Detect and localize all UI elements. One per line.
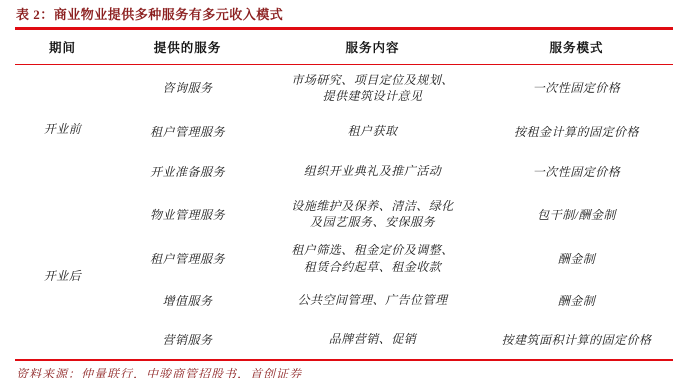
content-cell: 市场研究、项目定位及规划、 提供建筑设计意见 [265,65,480,111]
content-cell: 租户筛选、租金定价及调整、 租赁合约起草、租金收款 [265,237,480,281]
table-row: 开业后 物业管理服务 设施维护及保养、清洁、绿化 及园艺服务、安保服务 包干制/… [15,192,673,237]
content-cell: 公共空间管理、广告位管理 [265,281,480,321]
table-header: 期间 提供的服务 服务内容 服务模式 [15,30,673,65]
report-table-page: 表 2：商业物业提供多种服务有多元收入模式 期间 提供的服务 服务内容 服务模式… [15,0,673,378]
table-title: 表 2：商业物业提供多种服务有多元收入模式 [15,0,673,30]
mode-cell: 包干制/酬金制 [480,192,673,237]
service-cell: 咨询服务 [110,65,265,111]
service-cell: 租户管理服务 [110,111,265,152]
mode-cell: 酬金制 [480,237,673,281]
source-note: 资料来源：仲量联行，中骏商管招股书，首创证券 [15,365,673,378]
content-cell: 组织开业典礼及推广活动 [265,152,480,192]
service-cell: 物业管理服务 [110,192,265,237]
content-cell: 设施维护及保养、清洁、绿化 及园艺服务、安保服务 [265,192,480,237]
mode-cell: 按建筑面积计算的固定价格 [480,321,673,360]
period-cell-post-opening: 开业后 [15,192,110,360]
col-header-period: 期间 [15,30,110,65]
services-income-table: 期间 提供的服务 服务内容 服务模式 开业前 咨询服务 市场研究、项目定位及规划… [15,30,673,361]
service-cell: 营销服务 [110,321,265,360]
col-header-service: 提供的服务 [110,30,265,65]
col-header-mode: 服务模式 [480,30,673,65]
content-cell: 租户获取 [265,111,480,152]
table-row: 租户管理服务 租户筛选、租金定价及调整、 租赁合约起草、租金收款 酬金制 [15,237,673,281]
table-body: 开业前 咨询服务 市场研究、项目定位及规划、 提供建筑设计意见 一次性固定价格 … [15,65,673,360]
table-row: 开业前 咨询服务 市场研究、项目定位及规划、 提供建筑设计意见 一次性固定价格 [15,65,673,111]
service-cell: 租户管理服务 [110,237,265,281]
mode-cell: 一次性固定价格 [480,65,673,111]
period-cell-pre-opening: 开业前 [15,65,110,192]
mode-cell: 按租金计算的固定价格 [480,111,673,152]
table-row: 开业准备服务 组织开业典礼及推广活动 一次性固定价格 [15,152,673,192]
mode-cell: 酬金制 [480,281,673,321]
service-cell: 开业准备服务 [110,152,265,192]
content-cell: 品牌营销、促销 [265,321,480,360]
col-header-content: 服务内容 [265,30,480,65]
service-cell: 增值服务 [110,281,265,321]
table-row: 增值服务 公共空间管理、广告位管理 酬金制 [15,281,673,321]
table-row: 租户管理服务 租户获取 按租金计算的固定价格 [15,111,673,152]
mode-cell: 一次性固定价格 [480,152,673,192]
table-row: 营销服务 品牌营销、促销 按建筑面积计算的固定价格 [15,321,673,360]
header-row: 期间 提供的服务 服务内容 服务模式 [15,30,673,65]
